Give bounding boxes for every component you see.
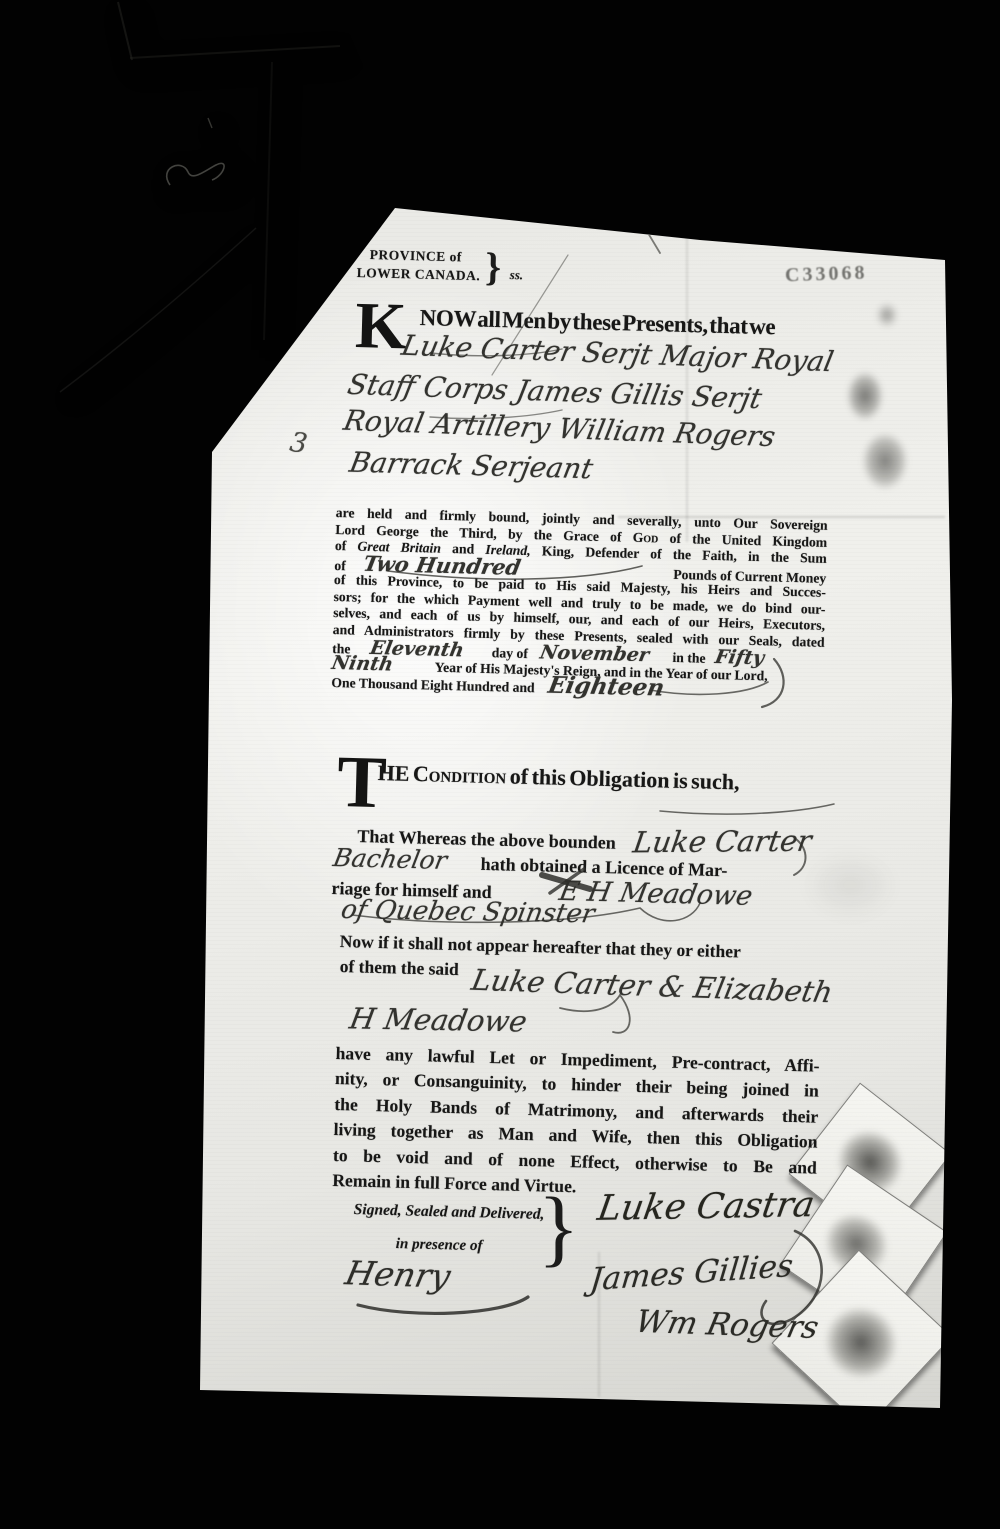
microfilm-scan-background: 3 PROVINCE of LOWER CANADA. } ss. C33068… [0, 0, 1000, 1529]
pencil-squiggle [167, 163, 224, 185]
